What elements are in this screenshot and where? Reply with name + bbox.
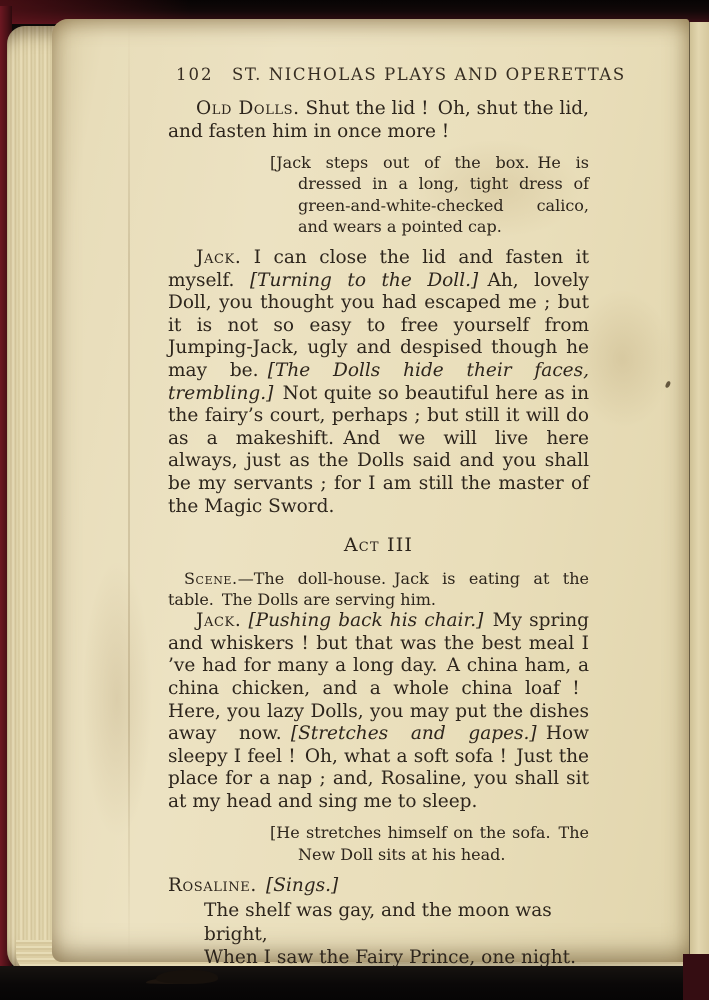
speaker-name: Jack. [196, 247, 241, 268]
stage-direction: [Jack steps out of the box. He is dresse… [298, 152, 589, 237]
book-cover-bottom [0, 966, 709, 1000]
speech-text: [He stretches himself on the sofa. The N… [270, 823, 589, 863]
page-stain [82, 559, 152, 839]
text-blocks: Old Dolls. Shut the lid ! Oh, shut the l… [168, 98, 589, 970]
page-content: 102 ST. NICHOLAS PLAYS AND OPERETTAS Old… [168, 65, 589, 970]
verse: The shelf was gay, and the moon was brig… [204, 899, 589, 969]
stage-direction-inline: [Sings.] [266, 875, 338, 896]
ink-smudge [156, 970, 218, 984]
speech-paragraph: Old Dolls. Shut the lid ! Oh, shut the l… [168, 98, 589, 143]
running-header: 102 ST. NICHOLAS PLAYS AND OPERETTAS [168, 65, 589, 89]
stage-direction-inline: [Turning to the Doll.] [250, 270, 478, 291]
speech-text [257, 875, 266, 896]
stray-ink-mark [665, 380, 672, 388]
verse-line: The shelf was gay, and the moon was brig… [204, 899, 589, 946]
scene-description: Scene.—The doll-house. Jack is eating at… [168, 568, 589, 610]
book-scan: 102 ST. NICHOLAS PLAYS AND OPERETTAS Old… [0, 0, 709, 1000]
stage-direction-inline: [Pushing back his chair.] [248, 610, 483, 631]
running-title: ST. NICHOLAS PLAYS AND OPERETTAS [232, 65, 626, 84]
book-page: 102 ST. NICHOLAS PLAYS AND OPERETTAS Old… [52, 19, 689, 962]
speaker-name: Rosaline. [168, 875, 257, 896]
stage-direction-inline: [Stretches and gapes.] [291, 723, 537, 744]
next-page-edge [688, 22, 709, 972]
book-cover-bottom-right [683, 954, 709, 1000]
speech-paragraph: Jack. I can close the lid and fasten it … [168, 247, 589, 518]
speech-text: [Jack steps out of the box. He is dresse… [270, 153, 589, 236]
speaker-name: Old Dolls. [196, 98, 300, 119]
speech-paragraph: Jack. [Pushing back his chair.] My sprin… [168, 610, 589, 813]
page-number: 102 [176, 65, 214, 84]
speaker-name: Jack. [196, 610, 241, 631]
stage-direction: [He stretches himself on the sofa. The N… [298, 822, 589, 864]
act-heading: Act III [168, 534, 589, 557]
speaker-name: Scene. [184, 569, 238, 588]
speech-paragraph: Rosaline. [Sings.] [168, 875, 589, 898]
